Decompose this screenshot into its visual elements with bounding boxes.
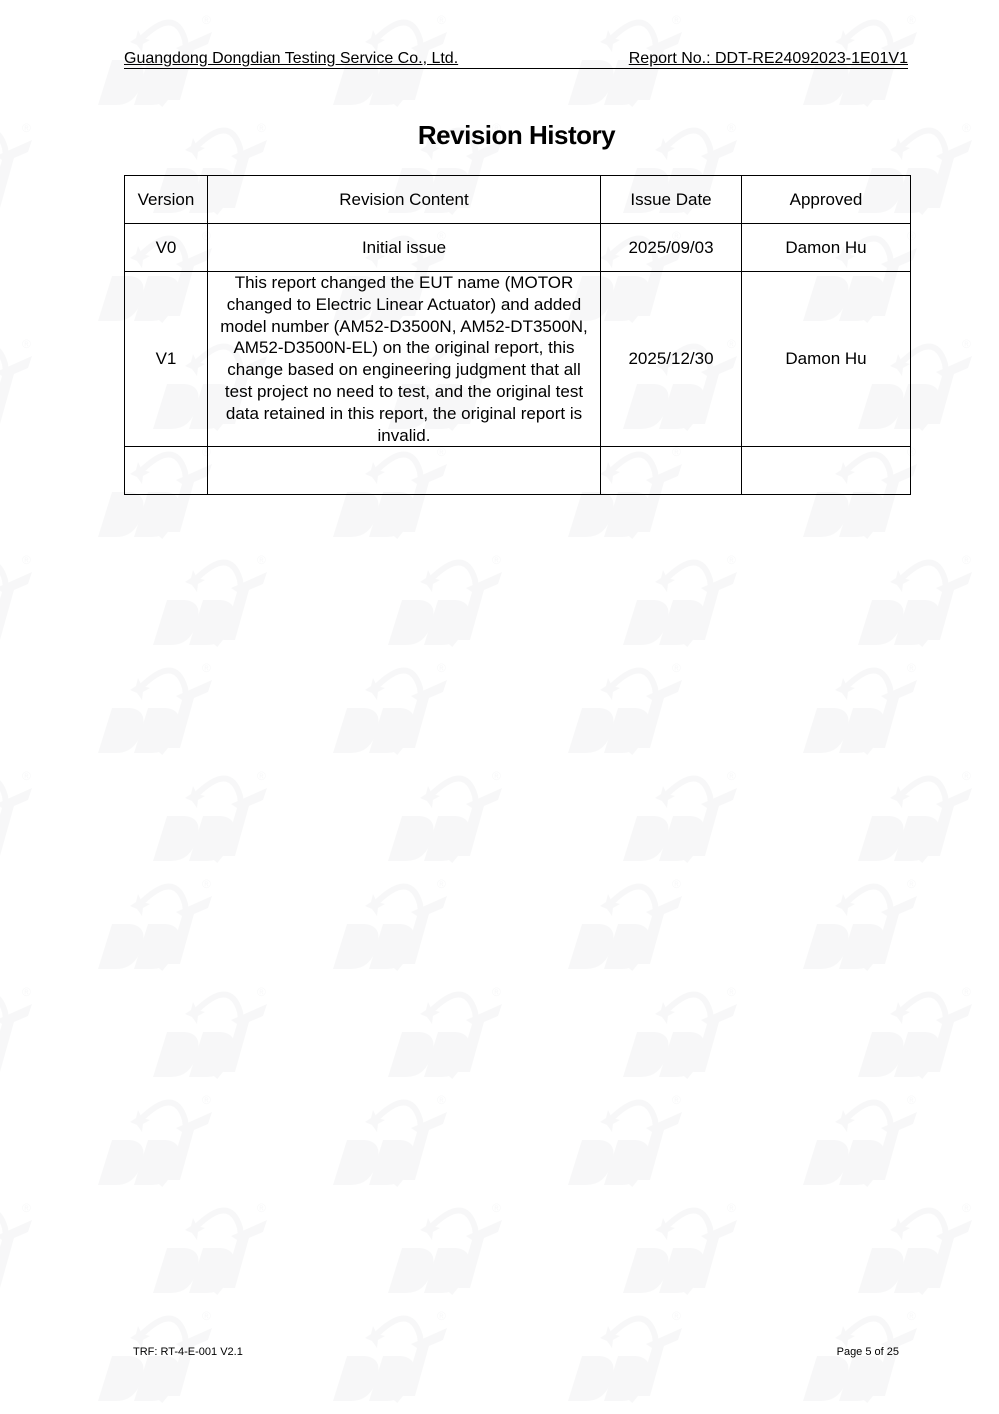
cell-revision-content: This report changed the EUT name (MOTOR … (208, 272, 601, 447)
svg-text:®: ® (492, 553, 501, 567)
cell-version: V0 (125, 224, 208, 272)
ddt-watermark-icon: ® (850, 982, 980, 1092)
table-row (125, 447, 911, 495)
ddt-watermark-icon: ® (560, 658, 690, 768)
svg-text:®: ® (492, 1201, 501, 1215)
svg-text:®: ® (672, 1093, 681, 1107)
ddt-watermark-icon: ® (850, 550, 980, 660)
column-header-issue-date: Issue Date (601, 176, 742, 224)
cell-version: V1 (125, 272, 208, 447)
revision-history-table: Version Revision Content Issue Date Appr… (124, 175, 911, 495)
cell-approved (742, 447, 911, 495)
cell-issue-date (601, 447, 742, 495)
svg-text:®: ® (257, 769, 266, 783)
column-header-approved: Approved (742, 176, 911, 224)
svg-text:®: ® (962, 769, 971, 783)
cell-revision-content: Initial issue (208, 224, 601, 272)
ddt-watermark-icon: ® (325, 1090, 455, 1200)
table-row: V1 This report changed the EUT name (MOT… (125, 272, 911, 447)
svg-text:®: ® (437, 877, 446, 891)
ddt-watermark-icon: ® (560, 1090, 690, 1200)
svg-text:®: ® (202, 661, 211, 675)
footer-page-number: Page 5 of 25 (837, 1346, 899, 1358)
svg-text:®: ® (437, 13, 446, 27)
page-title: Revision History (0, 120, 999, 151)
svg-text:®: ® (437, 1309, 446, 1323)
cell-issue-date: 2025/12/30 (601, 272, 742, 447)
ddt-watermark-icon: ® (795, 1306, 925, 1414)
svg-text:®: ® (22, 985, 31, 999)
svg-text:®: ® (492, 769, 501, 783)
ddt-watermark-icon: ® (850, 766, 980, 876)
svg-text:®: ® (257, 985, 266, 999)
svg-text:®: ® (492, 985, 501, 999)
ddt-watermark-icon: ® (0, 550, 40, 660)
ddt-watermark-icon: ® (795, 658, 925, 768)
svg-text:®: ® (437, 661, 446, 675)
table-header-row: Version Revision Content Issue Date Appr… (125, 176, 911, 224)
svg-text:®: ® (22, 769, 31, 783)
ddt-watermark-icon: ® (560, 874, 690, 984)
cell-version (125, 447, 208, 495)
ddt-watermark-icon: ® (850, 0, 980, 12)
ddt-watermark-icon: ® (145, 0, 275, 12)
ddt-watermark-icon: ® (615, 1198, 745, 1308)
ddt-watermark-icon: ® (325, 874, 455, 984)
cell-approved: Damon Hu (742, 272, 911, 447)
svg-text:®: ® (22, 553, 31, 567)
svg-text:®: ® (202, 1309, 211, 1323)
svg-text:®: ® (727, 1201, 736, 1215)
svg-text:®: ® (257, 553, 266, 567)
svg-text:®: ® (202, 1093, 211, 1107)
ddt-watermark-icon: ® (145, 1198, 275, 1308)
cell-issue-date: 2025/09/03 (601, 224, 742, 272)
page-header: Guangdong Dongdian Testing Service Co., … (124, 50, 908, 69)
ddt-watermark-icon: ® (0, 982, 40, 1092)
ddt-watermark-icon: ® (850, 1198, 980, 1308)
svg-text:®: ® (962, 553, 971, 567)
ddt-watermark-icon: ® (615, 0, 745, 12)
svg-text:®: ® (907, 1309, 916, 1323)
column-header-version: Version (125, 176, 208, 224)
ddt-watermark-icon: ® (0, 1198, 40, 1308)
ddt-watermark-icon: ® (0, 0, 40, 12)
ddt-watermark-icon: ® (90, 874, 220, 984)
svg-text:®: ® (907, 661, 916, 675)
svg-text:®: ® (962, 985, 971, 999)
svg-text:®: ® (727, 769, 736, 783)
svg-text:®: ® (907, 1093, 916, 1107)
ddt-watermark-icon: ® (145, 766, 275, 876)
ddt-watermark-icon: ® (380, 1198, 510, 1308)
svg-text:®: ® (257, 1201, 266, 1215)
ddt-watermark-icon: ® (615, 766, 745, 876)
ddt-watermark-icon: ® (615, 550, 745, 660)
svg-text:®: ® (672, 877, 681, 891)
ddt-watermark-icon: ® (795, 874, 925, 984)
company-name: Guangdong Dongdian Testing Service Co., … (124, 50, 458, 68)
ddt-watermark-icon: ® (615, 982, 745, 1092)
ddt-watermark-icon: ® (560, 1306, 690, 1414)
cell-revision-content (208, 447, 601, 495)
svg-text:®: ® (672, 1309, 681, 1323)
ddt-watermark-icon: ® (380, 0, 510, 12)
svg-text:®: ® (672, 661, 681, 675)
report-number: Report No.: DDT-RE24092023-1E01V1 (629, 50, 908, 68)
ddt-watermark-icon: ® (380, 550, 510, 660)
ddt-watermark-icon: ® (0, 334, 40, 444)
ddt-watermark-icon: ® (145, 550, 275, 660)
table-row: V0 Initial issue 2025/09/03 Damon Hu (125, 224, 911, 272)
ddt-watermark-icon: ® (0, 766, 40, 876)
ddt-watermark-icon: ® (380, 982, 510, 1092)
svg-text:®: ® (22, 1201, 31, 1215)
ddt-watermark-icon: ® (325, 1306, 455, 1414)
svg-text:®: ® (727, 985, 736, 999)
footer-trf: TRF: RT-4-E-001 V2.1 (133, 1346, 243, 1358)
ddt-watermark-icon: ® (795, 1090, 925, 1200)
svg-text:®: ® (22, 337, 31, 351)
ddt-watermark-icon: ® (380, 766, 510, 876)
column-header-revision-content: Revision Content (208, 176, 601, 224)
svg-text:®: ® (727, 553, 736, 567)
svg-text:®: ® (907, 877, 916, 891)
ddt-watermark-icon: ® (325, 658, 455, 768)
ddt-watermark-icon: ® (90, 1090, 220, 1200)
svg-text:®: ® (202, 13, 211, 27)
svg-text:®: ® (907, 13, 916, 27)
ddt-watermark-icon: ® (145, 982, 275, 1092)
svg-text:®: ® (437, 1093, 446, 1107)
cell-approved: Damon Hu (742, 224, 911, 272)
svg-text:®: ® (202, 877, 211, 891)
svg-text:®: ® (962, 1201, 971, 1215)
svg-text:®: ® (672, 13, 681, 27)
ddt-watermark-icon: ® (90, 658, 220, 768)
svg-text:®: ® (962, 337, 971, 351)
ddt-watermark-icon: ® (90, 1306, 220, 1414)
